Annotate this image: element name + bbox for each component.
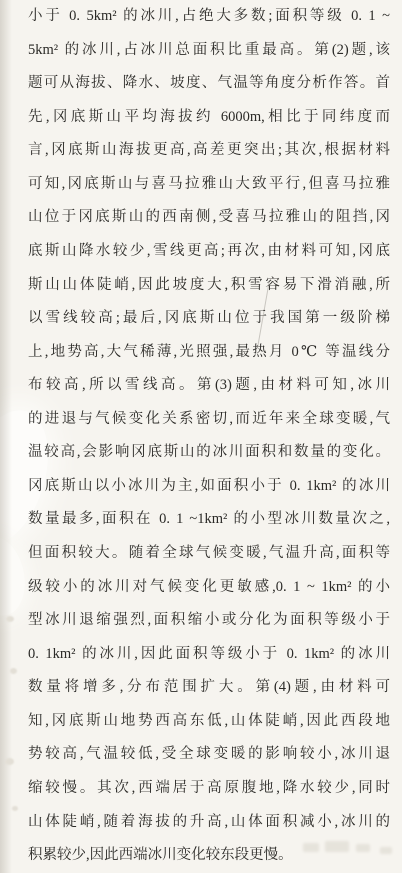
margin-speck (5, 758, 14, 765)
text-line-1: 小于 0. 5km² 的冰川,占绝大多数;面积等级 0. 1 ~ (28, 0, 390, 34)
text-line-16: 数量最多,面积在 0. 1 ~1km² 的小型冰川数量次之, (28, 503, 390, 537)
text-line-2: 5km² 的冰川,占冰川总面积比重最高。第(2)题,该 (28, 34, 390, 68)
scanned-page: 小于 0. 5km² 的冰川,占绝大多数;面积等级 0. 1 ~ 5km² 的冰… (0, 0, 402, 873)
text-line-11: 上,地势高,大气稀薄,光照强,最热月 0℃ 等温线分 (28, 336, 390, 370)
text-line-15: 冈底斯山以小冰川为主,如面积小于 0. 1km² 的冰川 (28, 470, 390, 504)
margin-speck (10, 668, 17, 674)
text-line-26: 积累较少,因此西端冰川变化较东段更慢。 (28, 839, 390, 873)
text-line-25: 山体陡峭,随着海拔的升高,山体面积减小,冰川的 (28, 806, 390, 840)
answer-explanation-text: 小于 0. 5km² 的冰川,占绝大多数;面积等级 0. 1 ~ 5km² 的冰… (28, 0, 390, 873)
text-line-3: 题可从海拔、降水、坡度、气温等角度分析作答。首 (28, 67, 390, 101)
margin-speck (6, 616, 14, 622)
text-line-23: 势较高,气温较低,受全球变暖的影响较小,冰川退 (28, 738, 390, 772)
text-line-18: 级较小的冰川对气候变化更敏感,0. 1 ~ 1km² 的小 (28, 571, 390, 605)
text-line-12: 布较高,所以雪线高。第(3)题,由材料可知,冰川 (28, 369, 390, 403)
text-line-21: 数量将增多,分布范围扩大。第(4)题,由材料可 (28, 671, 390, 705)
text-line-5: 言,冈底斯山海拔更高,高差更突出;其次,根据材料 (28, 134, 390, 168)
text-line-19: 型冰川退缩强烈,面积缩小或分化为面积等级小于 (28, 604, 390, 638)
text-line-10: 以雪线较高;最后,冈底斯山位于我国第一级阶梯 (28, 302, 390, 336)
text-line-22: 知,冈底斯山地势西高东低,山体陡峭,因此西段地 (28, 705, 390, 739)
text-line-9: 斯山山体陡峭,因此坡度大,积雪容易下滑消融,所 (28, 269, 390, 303)
text-line-6: 可知,冈底斯山与喜马拉雅山大致平行,但喜马拉雅 (28, 168, 390, 202)
text-line-13: 的进退与气候变化关系密切,而近年来全球变暖,气 (28, 403, 390, 437)
margin-speck (12, 806, 18, 811)
text-line-4: 先,冈底斯山平均海拔约 6000m,相比于同纬度而 (28, 101, 390, 135)
page-glare-blob (0, 531, 32, 620)
text-line-24: 缩较慢。其次,西端居于高原腹地,降水较少,同时 (28, 772, 390, 806)
text-line-7: 山位于冈底斯山的西南侧,受喜马拉雅山的阻挡,冈 (28, 201, 390, 235)
text-line-20: 0. 1km² 的冰川,因此面积等级小于 0. 1km² 的冰川 (28, 638, 390, 672)
text-line-14: 温较高,会影响冈底斯山的冰川面积和数量的变化。 (28, 436, 390, 470)
text-line-17: 但面积较大。随着全球气候变暖,气温升高,面积等 (28, 537, 390, 571)
text-line-8: 底斯山降水较少,雪线更高;再次,由材料可知,冈底 (28, 235, 390, 269)
